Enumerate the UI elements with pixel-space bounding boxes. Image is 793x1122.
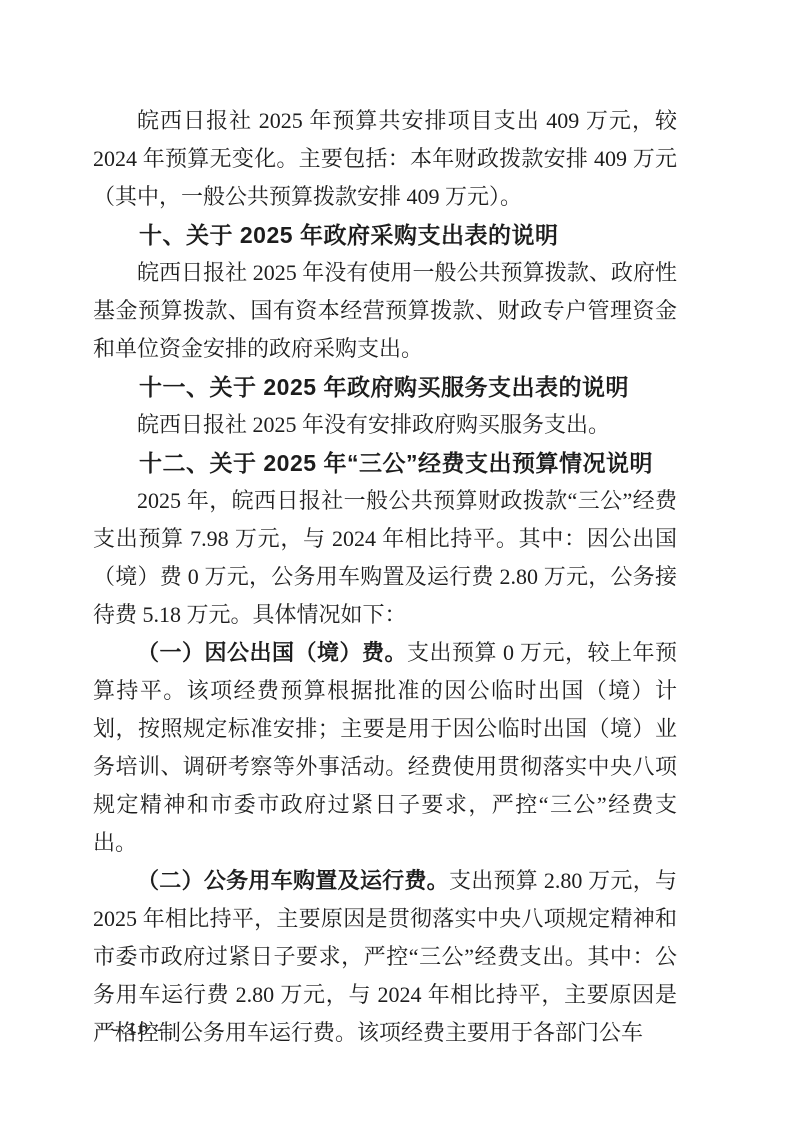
heading-text: 十一、关于 2025 年政府购买服务支出表的说明: [139, 374, 629, 400]
paragraph-lead: （一）因公出国（境）费。: [137, 640, 407, 665]
paragraph-overseas-travel-expense: （一）因公出国（境）费。支出预算 0 万元，较上年预算持平。该项经费预算根据批准…: [93, 634, 677, 862]
document-page: 皖西日报社 2025 年预算共安排项目支出 409 万元，较 2024 年预算无…: [0, 0, 793, 1122]
paragraph-three-public-funds-overview: 2025 年，皖西日报社一般公共预算财政拨款“三公”经费支出预算 7.98 万元…: [93, 482, 677, 634]
paragraph-gov-purchased-services: 皖西日报社 2025 年没有安排政府购买服务支出。: [93, 406, 677, 444]
heading-text: 十、关于 2025 年政府采购支出表的说明: [139, 222, 558, 248]
section-heading-10-gov-procurement: 十、关于 2025 年政府采购支出表的说明: [93, 216, 677, 254]
paragraph-lead: （二）公务用车购置及运行费。: [137, 868, 449, 893]
paragraph-project-expenditure: 皖西日报社 2025 年预算共安排项目支出 409 万元，较 2024 年预算无…: [93, 102, 677, 216]
paragraph-text: 皖西日报社 2025 年预算共安排项目支出 409 万元，较 2024 年预算无…: [93, 108, 677, 209]
paragraph-official-vehicle-expense: （二）公务用车购置及运行费。支出预算 2.80 万元，与 2025 年相比持平，…: [93, 862, 677, 1052]
paragraph-text: 皖西日报社 2025 年没有安排政府购买服务支出。: [137, 412, 610, 437]
paragraph-text: 皖西日报社 2025 年没有使用一般公共预算拨款、政府性基金预算拨款、国有资本经…: [93, 260, 677, 361]
paragraph-gov-procurement: 皖西日报社 2025 年没有使用一般公共预算拨款、政府性基金预算拨款、国有资本经…: [93, 254, 677, 368]
page-number: - 10 -: [112, 1018, 165, 1042]
section-heading-12-three-public-funds: 十二、关于 2025 年“三公”经费支出预算情况说明: [93, 444, 677, 482]
document-body: 皖西日报社 2025 年预算共安排项目支出 409 万元，较 2024 年预算无…: [93, 102, 677, 1052]
paragraph-text: 2025 年，皖西日报社一般公共预算财政拨款“三公”经费支出预算 7.98 万元…: [93, 488, 677, 627]
paragraph-text: 支出预算 2.80 万元，与 2025 年相比持平，主要原因是贯彻落实中央八项规…: [93, 868, 677, 1045]
heading-text: 十二、关于 2025 年“三公”经费支出预算情况说明: [139, 450, 653, 476]
paragraph-text: 支出预算 0 万元，较上年预算持平。该项经费预算根据批准的因公临时出国（境）计划…: [93, 640, 677, 855]
section-heading-11-gov-purchased-services: 十一、关于 2025 年政府购买服务支出表的说明: [93, 368, 677, 406]
